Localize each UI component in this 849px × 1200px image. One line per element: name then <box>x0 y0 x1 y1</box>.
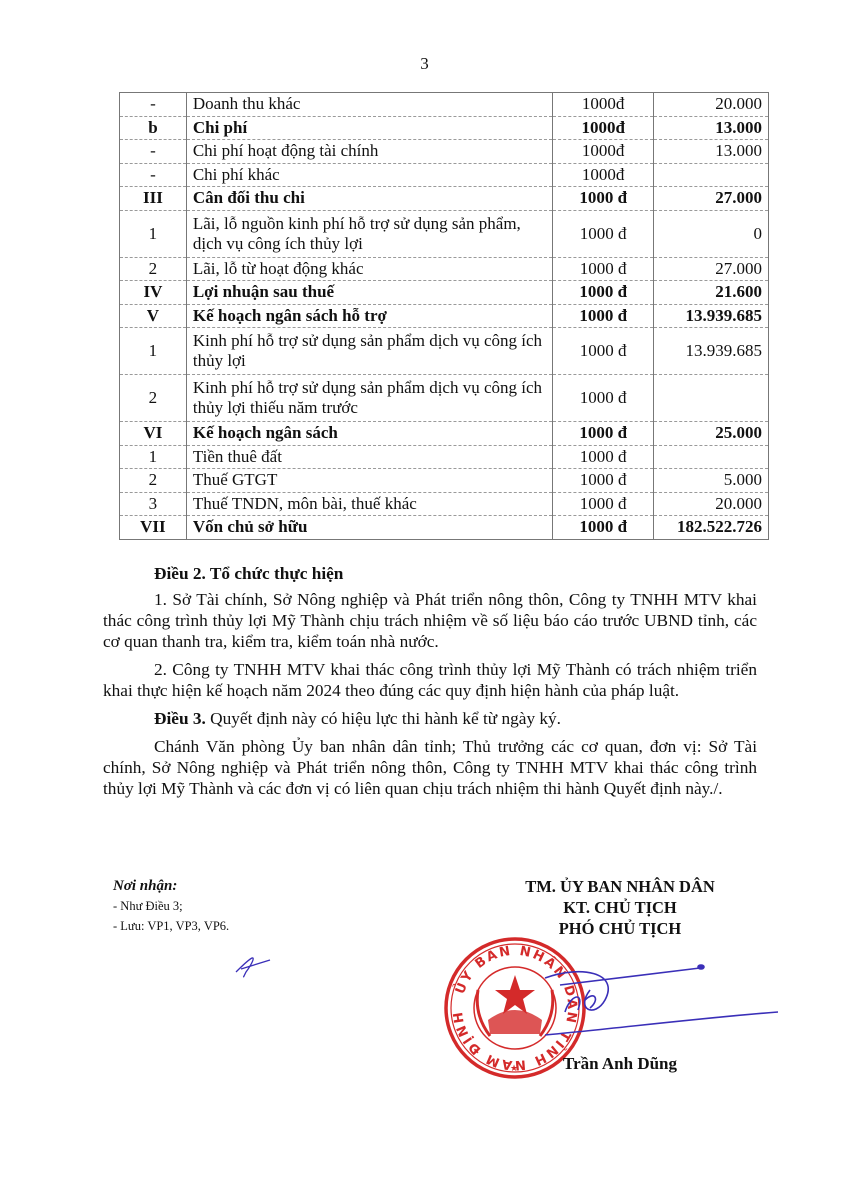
signer-name: Trần Anh Dũng <box>563 1054 677 1074</box>
svg-text:★: ★ <box>510 1063 518 1073</box>
initial-scribble-icon <box>236 958 270 977</box>
stamp-and-signature: ỦY BAN NHÂN DÂN TỈNH NAM ĐỊNH ★ <box>0 0 849 1200</box>
handwritten-signature-icon <box>545 965 778 1035</box>
